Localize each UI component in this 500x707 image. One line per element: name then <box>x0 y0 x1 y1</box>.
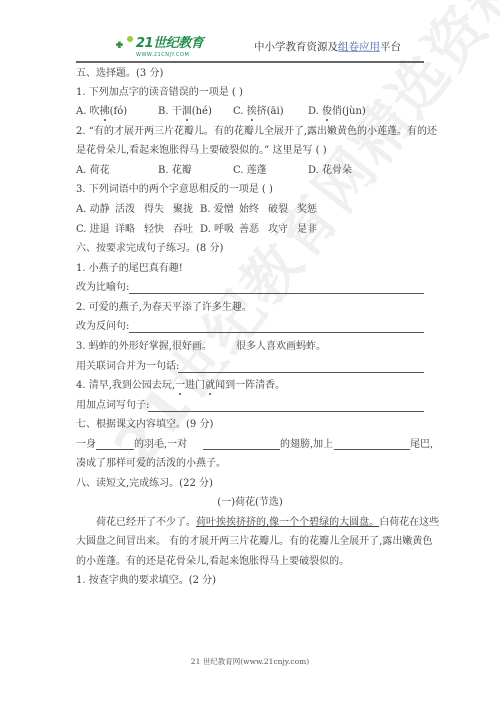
document-page: 21世纪教育网精选资料 ᛭ 21世纪教育 WWW.21CNJY.COM 中小学教… <box>0 0 500 707</box>
fill-text: 尾巴, <box>410 438 433 451</box>
q5-3-row1: A. 动静 活泼 得失 聚拢 B. 爱憎 始终 破裂 奖惩 <box>76 203 424 216</box>
logo-text: 21世纪教育 <box>136 37 203 51</box>
q5-1-options: A. 吹拂(fó) B. 干涸(hé) C. 挨挤(āi) D. 俊俏(jùn) <box>76 105 424 118</box>
header-divider <box>76 61 424 63</box>
ball-icon <box>127 36 133 42</box>
platform-suffix: 平台 <box>380 41 401 53</box>
word: 破裂 <box>268 203 288 216</box>
fill-text: 的羽毛,一对 <box>134 438 187 451</box>
platform-link[interactable]: 组卷应用 <box>338 41 380 53</box>
q5-2-stem-line1: 2. “有的才展开两三片花瓣儿。有的花瓣儿全展开了,露出嫩黄色的小莲蓬。有的还 <box>76 125 437 138</box>
logo-url: WWW.21CNJY.COM <box>136 52 189 58</box>
q6-3-stem-b: 很多人喜欢画蚂蚱。 <box>236 340 326 353</box>
q6-1-prompt: 改为比喻句: <box>76 281 129 294</box>
q5-2-options: A. 荷花 B. 花瓣 C. 莲蓬 D. 花骨朵 <box>76 164 424 177</box>
q6-2-stem: 2. 可爱的燕子,为春天平添了许多生趣。 <box>76 301 252 314</box>
answer-blank-6-4[interactable] <box>148 411 424 412</box>
q6-3-stem: 3. 蚂蚱的外形好掌握,很好画。 很多人喜欢画蚂蚱。 <box>76 340 424 353</box>
option-c[interactable]: C. 进退 <box>76 223 110 236</box>
fill-text: 一身 <box>76 438 96 451</box>
runner-icon: ᛭ <box>114 36 125 56</box>
word: 活泼 <box>115 203 135 216</box>
option-d[interactable]: D. 花骨朵 <box>308 164 352 177</box>
q6-1-stem: 1. 小燕子的尾巴真有趣! <box>76 262 183 275</box>
word: 始终 <box>239 203 259 216</box>
option-a[interactable]: A. 动静 <box>76 203 110 216</box>
answer-blank-6-1[interactable] <box>129 293 424 294</box>
word: 奖惩 <box>297 203 317 216</box>
q6-3-prompt: 用关联词合并为一句话: <box>76 360 179 373</box>
answer-blank-6-2[interactable] <box>129 332 424 333</box>
q7-fill-line: 一身 的羽毛,一对 的翅膀,加上 尾巴, <box>76 438 424 451</box>
passage-title: (一)荷花(节选) <box>76 496 424 509</box>
fill-blank-1[interactable] <box>96 438 134 450</box>
q5-3-row2: C. 进退 详略 轻快 吞吐 D. 呼吸 善恶 攻守 是非 <box>76 223 424 236</box>
q6-4-stem: 4. 清早,我到公园去玩,一进门就闻到一阵清香。 <box>76 379 285 392</box>
q6-3-stem-a: 3. 蚂蚱的外形好掌握,很好画。 <box>76 340 212 353</box>
option-c[interactable]: C. 莲蓬 <box>233 164 267 177</box>
option-c[interactable]: C. 挨挤(āi) <box>233 105 284 118</box>
option-b[interactable]: B. 干涸(hé) <box>158 105 212 118</box>
option-a[interactable]: A. 荷花 <box>76 164 110 177</box>
passage-line-3: 的小莲蓬。有的还是花骨朵儿,看起来饱胀得马上要破裂似的。 <box>76 555 349 568</box>
option-b[interactable]: B. 花瓣 <box>158 164 192 177</box>
word: 是非 <box>297 223 317 236</box>
q5-3-stem: 3. 下列词语中的两个字意思相反的一项是 ( ) <box>76 183 273 196</box>
word: 详略 <box>115 223 135 236</box>
option-b[interactable]: B. 爱憎 <box>200 203 234 216</box>
section-6-title: 六、按要求完成句子练习。(8 分) <box>76 242 223 255</box>
q5-1-stem: 1. 下列加点字的读音错误的一项是 ( ) <box>76 86 243 99</box>
section-8-title: 八、读短文,完成练习。(22 分) <box>76 477 213 490</box>
platform-prefix: 中小学教育资源及 <box>254 41 338 53</box>
word: 攻守 <box>268 223 288 236</box>
option-d[interactable]: D. 呼吸 <box>200 223 234 236</box>
fill-text: 的翅膀,加上 <box>280 438 333 451</box>
section-5-title: 五、选择题。(3 分) <box>76 67 163 80</box>
fill-blank-2[interactable] <box>203 438 280 450</box>
word: 善恶 <box>239 223 259 236</box>
word: 得失 <box>144 203 164 216</box>
answer-blank-6-3[interactable] <box>178 372 424 373</box>
passage-line-2: 大圆盘之间冒出来。 有的才展开两三片花瓣儿。有的花瓣儿全展开了,露出嫩黄色 <box>76 535 432 548</box>
q6-2-prompt: 改为反问句: <box>76 320 129 333</box>
page-footer[interactable]: 21 世纪教育网(www.21cnjy.com) <box>0 656 500 667</box>
platform-tagline: 中小学教育资源及组卷应用平台 <box>254 39 401 54</box>
option-a[interactable]: A. 吹拂(fó) <box>76 105 127 118</box>
word: 吞吐 <box>173 223 193 236</box>
fill-blank-3[interactable] <box>334 438 410 450</box>
q6-4-prompt: 用加点词写句子: <box>76 399 149 412</box>
q7-line2: 凑成了那样可爱的活泼的小燕子。 <box>76 457 226 470</box>
q5-2-stem-line2: 是花骨朵儿,看起来饱胀得马上要破裂似的。” 这里是写 ( ) <box>76 144 327 157</box>
site-logo[interactable]: ᛭ 21世纪教育 WWW.21CNJY.COM <box>114 36 234 62</box>
section-7-title: 七、根据课文内容填空。(9 分) <box>76 418 213 431</box>
word: 轻快 <box>144 223 164 236</box>
word: 聚拢 <box>173 203 193 216</box>
underlined-sentence: 荷叶挨挨挤挤的,像一个个碧绿的大圆盘。 <box>196 517 379 528</box>
page-header: ᛭ 21世纪教育 WWW.21CNJY.COM 中小学教育资源及组卷应用平台 <box>76 30 424 62</box>
q8-1-stem: 1. 按查字典的要求填空。(2 分) <box>76 574 216 587</box>
option-d[interactable]: D. 俊俏(jùn) <box>308 105 366 118</box>
passage-line-1: 荷花已经开了不少了。荷叶挨挨挤挤的,像一个个碧绿的大圆盘。白荷花在这些 <box>96 516 439 529</box>
